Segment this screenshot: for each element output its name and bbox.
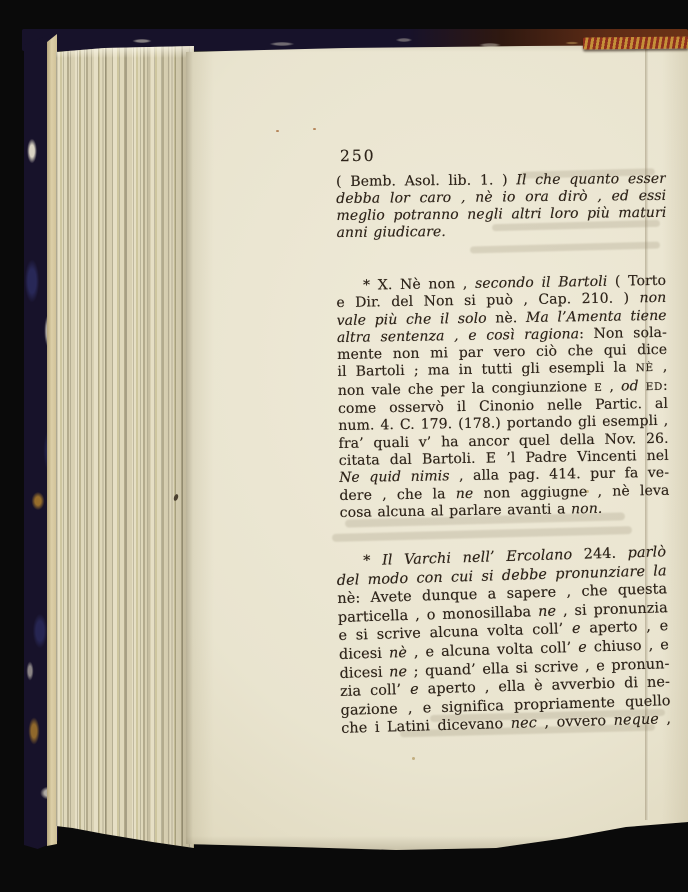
text-line: meglio potranno negli altri loro più mat… [336, 205, 666, 225]
roman-text: il Bartoli ; ma in tutti gli esempli la [337, 360, 635, 381]
smallcaps-text: NÈ [636, 363, 654, 375]
page-left-shadow [186, 38, 216, 854]
roman-text: dere , che la [339, 486, 456, 504]
roman-text: , si pronunzia [556, 600, 668, 619]
page-paragraphs: ( Bemb. Asol. lib. 1. ) Il che quanto es… [336, 174, 666, 739]
italic-text: anni giudicare. [336, 224, 445, 241]
italic-text: ne [456, 485, 474, 501]
photo-background: { "colors": { "background": "#0a0a0a", "… [0, 0, 688, 892]
page-edges-fanned [56, 44, 194, 850]
italic-text: parlò [627, 544, 666, 561]
foxing-speck [313, 128, 316, 130]
roman-text: chiuso , e [587, 637, 670, 655]
page-number: 250 [340, 145, 666, 172]
board-edge [47, 34, 57, 846]
smallcaps-text: ED [646, 381, 663, 393]
roman-text: , alla pag. 414. pur fa ve- [449, 465, 669, 484]
italic-text: ne [389, 664, 407, 681]
foxing-speck [276, 130, 279, 132]
roman-text: * [363, 553, 382, 570]
italic-text: debba lor caro , nè io ora dirò , ed ess… [336, 188, 666, 207]
endband [583, 37, 688, 50]
roman-text: , [659, 712, 672, 728]
foxing-speck [412, 757, 415, 760]
italic-text: vale più che il solo [337, 310, 487, 328]
italic-text: Ne quid nimis [339, 469, 450, 487]
roman-text: non aggiugne , nè leva [473, 482, 669, 501]
roman-text: non vale che per la congiunzione [338, 379, 595, 399]
roman-text: dicesi [339, 646, 389, 663]
roman-text: * X. Nè non , [363, 276, 475, 294]
italic-text: nec [511, 716, 538, 733]
text-block: 250 ( Bemb. Asol. lib. 1. ) Il che quant… [336, 146, 666, 739]
italic-text: meglio potranno negli altri loro più mat… [336, 205, 666, 224]
italic-text: nè [389, 645, 407, 662]
roman-text: , [654, 359, 668, 375]
roman-text: 244. [572, 546, 628, 564]
roman-text: che i Latini dicevano [341, 716, 511, 737]
roman-text: ( Bemb. Asol. lib. 1. ) [336, 172, 516, 190]
roman-text: zia coll’ [340, 682, 410, 700]
roman-text: : Non sola- [579, 325, 667, 342]
roman-text: , [602, 378, 621, 394]
italic-text: Il che quanto esser [516, 171, 666, 188]
italic-text: Ma l’Amenta tiene [526, 307, 667, 325]
italic-text: secondo il Bartoli [475, 274, 608, 292]
text-line: anni giudicare. [336, 222, 666, 242]
italic-text: non [639, 290, 666, 306]
roman-text: dicesi [339, 664, 389, 681]
roman-text: : [663, 378, 668, 394]
italic-text: ne [538, 603, 556, 620]
paragraph-2: * X. Nè non , secondo il Bartoli ( Torto… [336, 273, 670, 522]
italic-text: altra sentenza , e così ragiona [337, 326, 579, 346]
smallcaps-text: E [594, 382, 602, 394]
roman-text: aperto , e [580, 619, 668, 638]
page-bottom-shadow [186, 836, 688, 854]
roman-text: nè. [487, 310, 526, 327]
italic-text: od [621, 378, 639, 394]
roman-text: , ovvero [537, 713, 614, 731]
paragraph-3: * Il Varchi nell’ Ercolano 244. parlòdel… [336, 543, 671, 739]
italic-text: non. [571, 501, 603, 517]
italic-text: neque [613, 712, 659, 729]
paragraph-1: ( Bemb. Asol. lib. 1. ) Il che quanto es… [336, 171, 667, 242]
roman-text: cosa alcuna al parlare avanti a [340, 501, 572, 521]
roman-text: ( Torto [607, 273, 666, 290]
